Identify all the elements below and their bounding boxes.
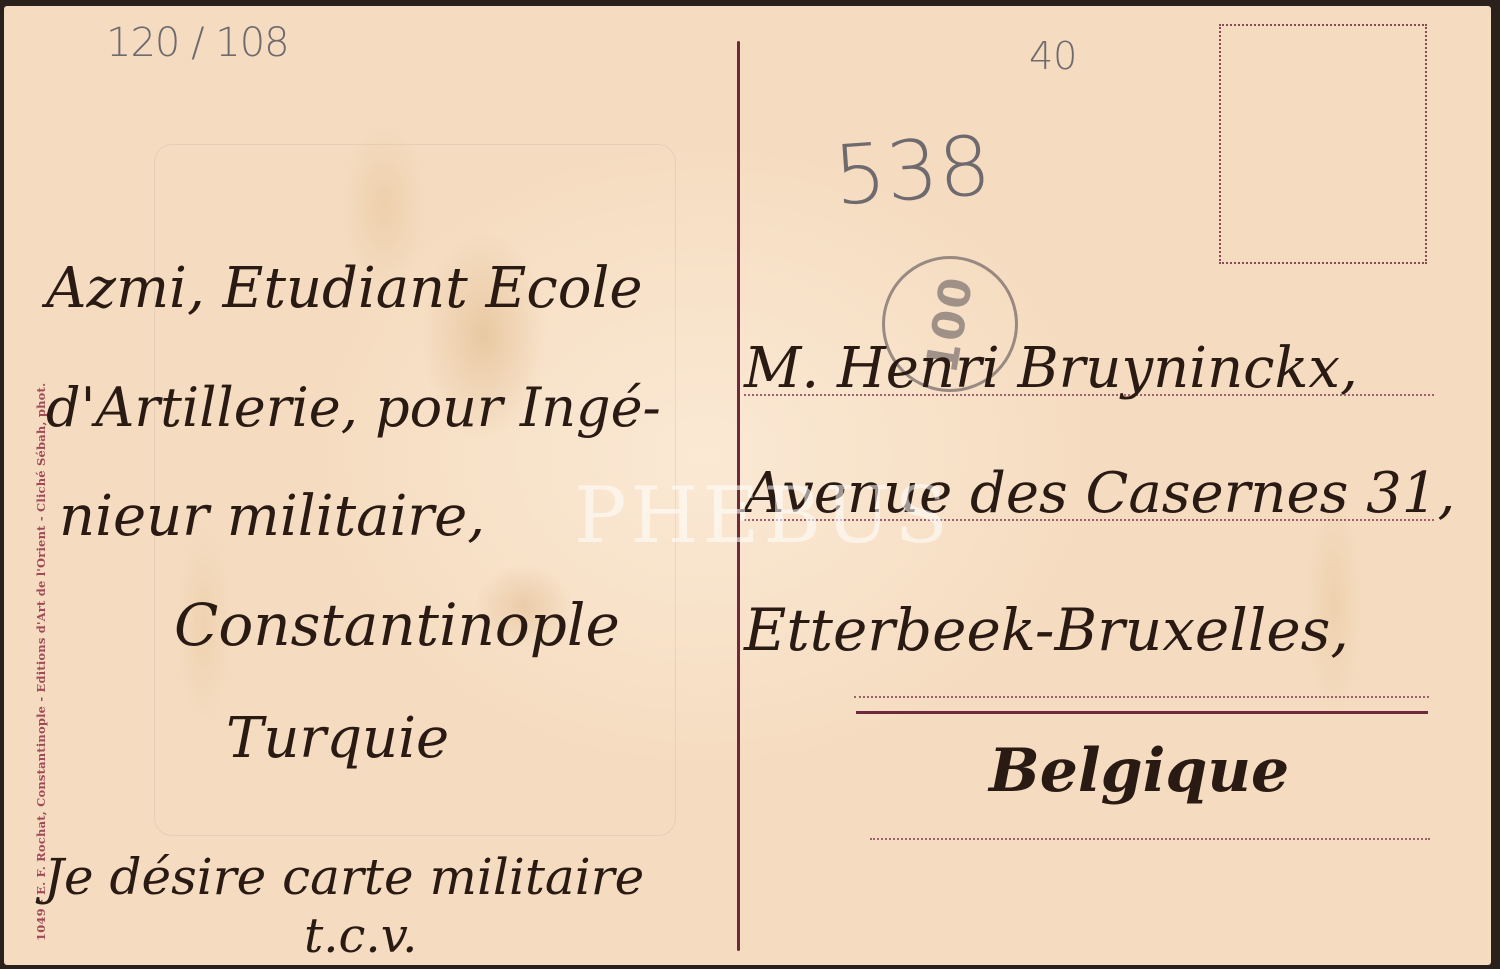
address-rule-solid xyxy=(856,711,1428,714)
message-line-6: Je désire carte militaire xyxy=(44,848,644,906)
message-line-4: Constantinople xyxy=(174,591,620,659)
message-line-3: nieur militaire, xyxy=(59,484,485,549)
watermark-text: PHEBUS xyxy=(574,471,952,561)
pencil-note-top-right: 40 xyxy=(1029,34,1077,78)
pencil-note-center: 538 xyxy=(831,119,994,225)
address-rule-3 xyxy=(854,696,1429,698)
address-rule-4 xyxy=(870,838,1430,840)
address-line-4: Belgique xyxy=(989,736,1289,806)
pencil-note-top-left: 120 / 108 xyxy=(106,20,289,66)
message-line-2: d'Artillerie, pour Ingé- xyxy=(46,376,661,439)
address-line-3: Etterbeek-Bruxelles, xyxy=(744,596,1349,664)
message-line-7: t.c.v. xyxy=(304,908,417,964)
address-line-1: M. Henri Bruyninckx, xyxy=(744,336,1358,401)
stamp-placement-box xyxy=(1219,24,1427,264)
postcard-back: 1049 - E. F. Rochat, Constantinople - Ed… xyxy=(4,6,1491,965)
message-line-1: Azmi, Etudiant Ecole xyxy=(46,256,643,321)
message-line-5: Turquie xyxy=(226,706,449,771)
